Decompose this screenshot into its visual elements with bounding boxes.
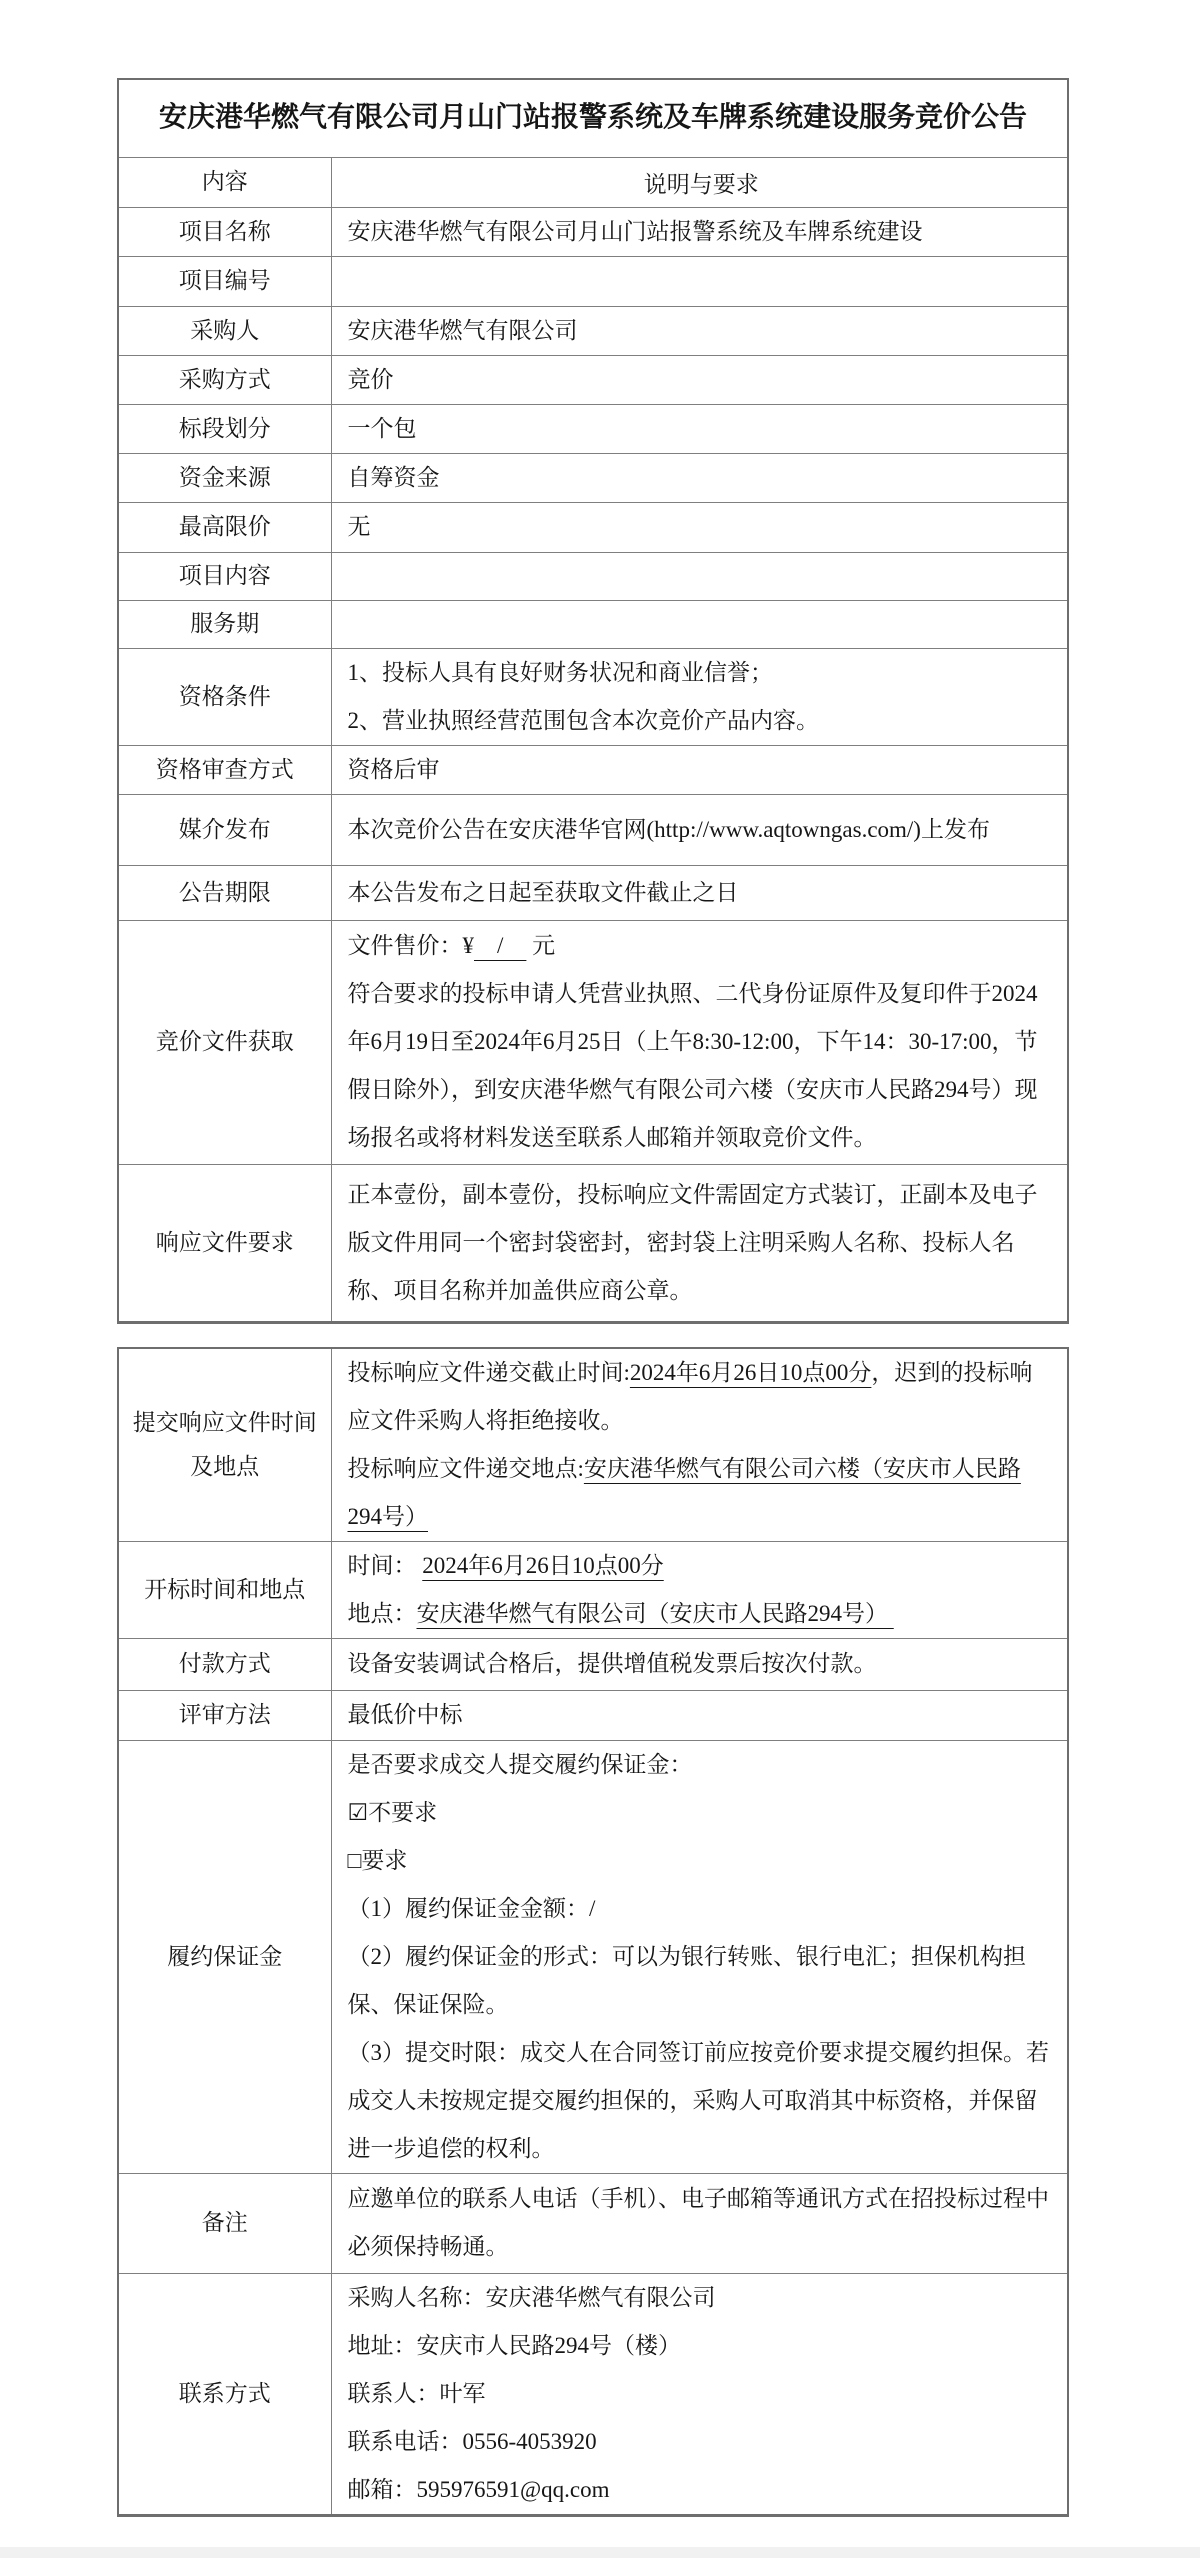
text-line: （1）履约保证金金额：/: [348, 1885, 1056, 1933]
table-row: 媒介发布本次竞价公告在安庆港华官网(http://www.aqtowngas.c…: [118, 794, 1068, 865]
announcement-table-2: 提交响应文件时间及地点投标响应文件递交截止时间:2024年6月26日10点00分…: [117, 1347, 1069, 2517]
text-line: 正本壹份，副本壹份，投标响应文件需固定方式装订，正副本及电子版文件用同一个密封袋…: [348, 1171, 1056, 1315]
text-segment: 安庆港华燃气有限公司（安庆市人民路294号）: [417, 1601, 894, 1626]
page-bottom-edge: [0, 2547, 1200, 2558]
text-line: 资格后审: [348, 746, 1056, 794]
table-row: 联系方式采购人名称：安庆港华燃气有限公司地址：安庆市人民路294号（楼）联系人：…: [118, 2273, 1068, 2515]
text-segment: 投标响应文件递交截止时间:: [348, 1360, 630, 1385]
table-row: 履约保证金是否要求成交人提交履约保证金：☑不要求□要求（1）履约保证金金额：/（…: [118, 1740, 1068, 2173]
row-content-cell: 采购人名称：安庆港华燃气有限公司地址：安庆市人民路294号（楼）联系人：叶军联系…: [331, 2273, 1068, 2515]
row-label: 项目名称: [127, 210, 323, 254]
text-segment: 设备安装调试合格后，提供增值税发票后按次付款。: [348, 1651, 877, 1676]
text-line: 时间： 2024年6月26日10点00分: [348, 1542, 1056, 1590]
row-content-cell: [331, 552, 1068, 600]
text-segment: 联系人：叶军: [348, 2381, 486, 2406]
row-content-cell: 自筹资金: [331, 453, 1068, 502]
text-segment: 最低价中标: [348, 1702, 463, 1727]
row-content-cell: 安庆港华燃气有限公司月山门站报警系统及车牌系统建设: [331, 207, 1068, 256]
text-segment: 安庆港华燃气有限公司月山门站报警系统及车牌系统建设: [348, 219, 923, 244]
table-row: 项目名称安庆港华燃气有限公司月山门站报警系统及车牌系统建设: [118, 207, 1068, 256]
table-row: 备注应邀单位的联系人电话（手机）、电子邮箱等通讯方式在招投标过程中必须保持畅通。: [118, 2173, 1068, 2273]
text-line: 投标响应文件递交地点:安庆港华燃气有限公司六楼（安庆市人民路294号）: [348, 1445, 1056, 1541]
row-label: 项目编号: [127, 259, 323, 303]
text-line: 联系电话：0556-4053920: [348, 2418, 1056, 2466]
row-label-cell: 媒介发布: [118, 794, 331, 865]
row-label: 开标时间和地点: [127, 1568, 323, 1612]
text-segment: 地址：安庆市人民路294号（楼）: [348, 2333, 682, 2358]
row-label-cell: 备注: [118, 2173, 331, 2273]
text-line: 邮箱：595976591@qq.com: [348, 2466, 1056, 2514]
text-segment: 无: [348, 514, 371, 539]
row-label: 付款方式: [127, 1642, 323, 1686]
text-segment: （2）履约保证金的形式：可以为银行转账、银行电汇；担保机构担保、保证保险。: [348, 1944, 1027, 2017]
text-line: 文件售价：¥ / 元: [348, 922, 1056, 970]
text-line: 安庆港华燃气有限公司月山门站报警系统及车牌系统建设: [348, 208, 1056, 256]
text-segment: 正本壹份，副本壹份，投标响应文件需固定方式装订，正副本及电子版文件用同一个密封袋…: [348, 1182, 1038, 1303]
text-segment: 1、投标人具有良好财务状况和商业信誉；: [348, 660, 774, 685]
row-label: 评审方法: [127, 1693, 323, 1737]
text-segment: 采购人名称：安庆港华燃气有限公司: [348, 2285, 716, 2310]
row-label: 项目内容: [127, 554, 323, 598]
row-content-cell: [331, 600, 1068, 648]
table-row: 资格条件1、投标人具有良好财务状况和商业信誉；2、营业执照经营范围包含本次竞价产…: [118, 648, 1068, 745]
row-label: 公告期限: [127, 871, 323, 915]
text-line: 符合要求的投标申请人凭营业执照、二代身份证原件及复印件于2024年6月19日至2…: [348, 970, 1056, 1162]
row-content-cell: 是否要求成交人提交履约保证金：☑不要求□要求（1）履约保证金金额：/（2）履约保…: [331, 1740, 1068, 2173]
table-row: 竞价文件获取文件售价：¥ / 元符合要求的投标申请人凭营业执照、二代身份证原件及…: [118, 920, 1068, 1164]
text-segment: 符合要求的投标申请人凭营业执照、二代身份证原件及复印件于2024年6月19日至2…: [348, 981, 1038, 1150]
table-row: 资金来源自筹资金: [118, 453, 1068, 502]
text-segment: 竞价: [348, 367, 394, 392]
row-label: 提交响应文件时间及地点: [127, 1401, 323, 1489]
row-label: 资格审查方式: [127, 748, 323, 792]
text-segment: 2024年6月26日10点00分: [630, 1360, 872, 1385]
row-label-cell: 项目名称: [118, 207, 331, 256]
row-label-cell: 资金来源: [118, 453, 331, 502]
text-line: 自筹资金: [348, 454, 1056, 502]
text-line: 安庆港华燃气有限公司: [348, 307, 1056, 355]
text-segment: 安庆港华燃气有限公司: [348, 318, 578, 343]
column-header-content: 内容: [118, 157, 331, 207]
row-content-cell: 资格后审: [331, 745, 1068, 794]
row-label: 响应文件要求: [127, 1221, 323, 1265]
row-label-cell: 提交响应文件时间及地点: [118, 1348, 331, 1542]
text-segment: 地点：: [348, 1601, 417, 1626]
column-header-row: 内容 说明与要求: [118, 157, 1068, 207]
row-label-cell: 最高限价: [118, 502, 331, 552]
table-row: 标段划分一个包: [118, 404, 1068, 453]
text-segment: 是否要求成交人提交履约保证金：: [348, 1752, 693, 1777]
row-content-cell: 文件售价：¥ / 元符合要求的投标申请人凭营业执照、二代身份证原件及复印件于20…: [331, 920, 1068, 1164]
page-title: 安庆港华燃气有限公司月山门站报警系统及车牌系统建设服务竞价公告: [118, 79, 1068, 157]
row-content-cell: 竞价: [331, 355, 1068, 404]
text-segment: 资格后审: [348, 757, 440, 782]
row-content-cell: [331, 256, 1068, 306]
row-label: 竞价文件获取: [127, 1020, 323, 1064]
text-line: 地址：安庆市人民路294号（楼）: [348, 2322, 1056, 2370]
text-segment: 邮箱：595976591@qq.com: [348, 2477, 610, 2502]
row-label-cell: 响应文件要求: [118, 1164, 331, 1322]
text-segment: /: [474, 933, 526, 958]
row-content-cell: 时间： 2024年6月26日10点00分地点：安庆港华燃气有限公司（安庆市人民路…: [331, 1541, 1068, 1638]
text-line: 地点：安庆港华燃气有限公司（安庆市人民路294号）: [348, 1590, 1056, 1638]
row-label-cell: 服务期: [118, 600, 331, 648]
announcement-table-1: 安庆港华燃气有限公司月山门站报警系统及车牌系统建设服务竞价公告 内容 说明与要求…: [117, 78, 1069, 1324]
row-label: 最高限价: [127, 505, 323, 549]
text-line: 1、投标人具有良好财务状况和商业信誉；: [348, 649, 1056, 697]
row-label-cell: 采购方式: [118, 355, 331, 404]
row-label: 采购方式: [127, 358, 323, 402]
row-label-cell: 项目编号: [118, 256, 331, 306]
table-row: 采购方式竞价: [118, 355, 1068, 404]
text-segment: （1）履约保证金金额：/: [348, 1896, 596, 1921]
table-row: 资格审查方式资格后审: [118, 745, 1068, 794]
table-row: 项目编号: [118, 256, 1068, 306]
row-content-cell: 本公告发布之日起至获取文件截止之日: [331, 865, 1068, 920]
text-line: 设备安装调试合格后，提供增值税发票后按次付款。: [348, 1640, 1056, 1688]
row-label: 采购人: [127, 309, 323, 353]
row-label: 资金来源: [127, 456, 323, 500]
row-label: 标段划分: [127, 407, 323, 451]
row-label-cell: 公告期限: [118, 865, 331, 920]
row-content-cell: 设备安装调试合格后，提供增值税发票后按次付款。: [331, 1638, 1068, 1690]
text-line: 应邀单位的联系人电话（手机）、电子邮箱等通讯方式在招投标过程中必须保持畅通。: [348, 2175, 1056, 2271]
table-gap: [117, 1324, 1067, 1347]
text-segment: 本次竞价公告在安庆港华官网(http://www.aqtowngas.com/)…: [348, 817, 990, 842]
title-row: 安庆港华燃气有限公司月山门站报警系统及车牌系统建设服务竞价公告: [118, 79, 1068, 157]
text-segment: 本公告发布之日起至获取文件截止之日: [348, 880, 739, 905]
row-content-cell: 无: [331, 502, 1068, 552]
text-segment: （3）提交时限：成交人在合同签订前应按竞价要求提交履约担保。若成交人未按规定提交…: [348, 2040, 1050, 2161]
row-label-cell: 联系方式: [118, 2273, 331, 2515]
text-segment: ☑不要求: [348, 1800, 438, 1825]
text-line: 联系人：叶军: [348, 2370, 1056, 2418]
table-row: 评审方法最低价中标: [118, 1690, 1068, 1740]
text-segment: 元: [526, 933, 555, 958]
table-row: 项目内容: [118, 552, 1068, 600]
row-label-cell: 开标时间和地点: [118, 1541, 331, 1638]
row-label-cell: 评审方法: [118, 1690, 331, 1740]
row-content-cell: 应邀单位的联系人电话（手机）、电子邮箱等通讯方式在招投标过程中必须保持畅通。: [331, 2173, 1068, 2273]
text-segment: 文件售价：¥: [348, 933, 475, 958]
text-segment: 联系电话：0556-4053920: [348, 2429, 597, 2454]
text-line: 无: [348, 503, 1056, 551]
text-line: （2）履约保证金的形式：可以为银行转账、银行电汇；担保机构担保、保证保险。: [348, 1933, 1056, 2029]
text-line: 采购人名称：安庆港华燃气有限公司: [348, 2274, 1056, 2322]
row-content-cell: 最低价中标: [331, 1690, 1068, 1740]
text-segment: 应邀单位的联系人电话（手机）、电子邮箱等通讯方式在招投标过程中必须保持畅通。: [348, 2186, 1050, 2259]
announcement-document: 安庆港华燃气有限公司月山门站报警系统及车牌系统建设服务竞价公告 内容 说明与要求…: [117, 78, 1067, 2517]
page: { "document": { "title": "安庆港华燃气有限公司月山门站…: [0, 0, 1200, 2558]
row-label: 服务期: [127, 602, 323, 646]
text-line: 本次竞价公告在安庆港华官网(http://www.aqtowngas.com/)…: [348, 806, 1056, 854]
row-label-cell: 资格条件: [118, 648, 331, 745]
table-row: 提交响应文件时间及地点投标响应文件递交截止时间:2024年6月26日10点00分…: [118, 1348, 1068, 1542]
row-label-cell: 履约保证金: [118, 1740, 331, 2173]
text-line: 是否要求成交人提交履约保证金：: [348, 1741, 1056, 1789]
table-row: 响应文件要求正本壹份，副本壹份，投标响应文件需固定方式装订，正副本及电子版文件用…: [118, 1164, 1068, 1322]
row-content-cell: 本次竞价公告在安庆港华官网(http://www.aqtowngas.com/)…: [331, 794, 1068, 865]
text-line: 投标响应文件递交截止时间:2024年6月26日10点00分，迟到的投标响应文件采…: [348, 1349, 1056, 1445]
table-row: 付款方式设备安装调试合格后，提供增值税发票后按次付款。: [118, 1638, 1068, 1690]
table-row: 最高限价无: [118, 502, 1068, 552]
text-segment: 自筹资金: [348, 465, 440, 490]
row-label: 资格条件: [127, 675, 323, 719]
row-content-cell: 安庆港华燃气有限公司: [331, 306, 1068, 355]
row-label: 备注: [127, 2201, 323, 2245]
text-segment: □要求: [348, 1848, 408, 1873]
row-content-cell: 正本壹份，副本壹份，投标响应文件需固定方式装订，正副本及电子版文件用同一个密封袋…: [331, 1164, 1068, 1322]
row-label: 媒介发布: [127, 808, 323, 852]
row-label-cell: 资格审查方式: [118, 745, 331, 794]
row-label-cell: 竞价文件获取: [118, 920, 331, 1164]
row-label: 履约保证金: [127, 1935, 323, 1979]
row-label-cell: 标段划分: [118, 404, 331, 453]
table-row: 服务期: [118, 600, 1068, 648]
row-content-cell: 一个包: [331, 404, 1068, 453]
text-line: 最低价中标: [348, 1691, 1056, 1739]
text-line: □要求: [348, 1837, 1056, 1885]
text-line: 竞价: [348, 356, 1056, 404]
row-label-cell: 付款方式: [118, 1638, 331, 1690]
column-header-description: 说明与要求: [331, 157, 1068, 207]
text-line: （3）提交时限：成交人在合同签订前应按竞价要求提交履约担保。若成交人未按规定提交…: [348, 2029, 1056, 2173]
text-segment: 投标响应文件递交地点:: [348, 1456, 584, 1481]
row-content-cell: 1、投标人具有良好财务状况和商业信誉；2、营业执照经营范围包含本次竞价产品内容。: [331, 648, 1068, 745]
table-row: 公告期限本公告发布之日起至获取文件截止之日: [118, 865, 1068, 920]
text-segment: 2024年6月26日10点00分: [422, 1553, 664, 1578]
row-label-cell: 项目内容: [118, 552, 331, 600]
text-segment: 2、营业执照经营范围包含本次竞价产品内容。: [348, 708, 820, 733]
text-line: 一个包: [348, 405, 1056, 453]
text-line: 2、营业执照经营范围包含本次竞价产品内容。: [348, 697, 1056, 745]
table-row: 采购人安庆港华燃气有限公司: [118, 306, 1068, 355]
row-label: 联系方式: [127, 2372, 323, 2416]
table-row: 开标时间和地点时间： 2024年6月26日10点00分地点：安庆港华燃气有限公司…: [118, 1541, 1068, 1638]
text-line: ☑不要求: [348, 1789, 1056, 1837]
text-segment: 一个包: [348, 416, 417, 441]
row-label-cell: 采购人: [118, 306, 331, 355]
text-segment: 时间：: [348, 1553, 423, 1578]
row-content-cell: 投标响应文件递交截止时间:2024年6月26日10点00分，迟到的投标响应文件采…: [331, 1348, 1068, 1542]
text-line: 本公告发布之日起至获取文件截止之日: [348, 869, 1056, 917]
